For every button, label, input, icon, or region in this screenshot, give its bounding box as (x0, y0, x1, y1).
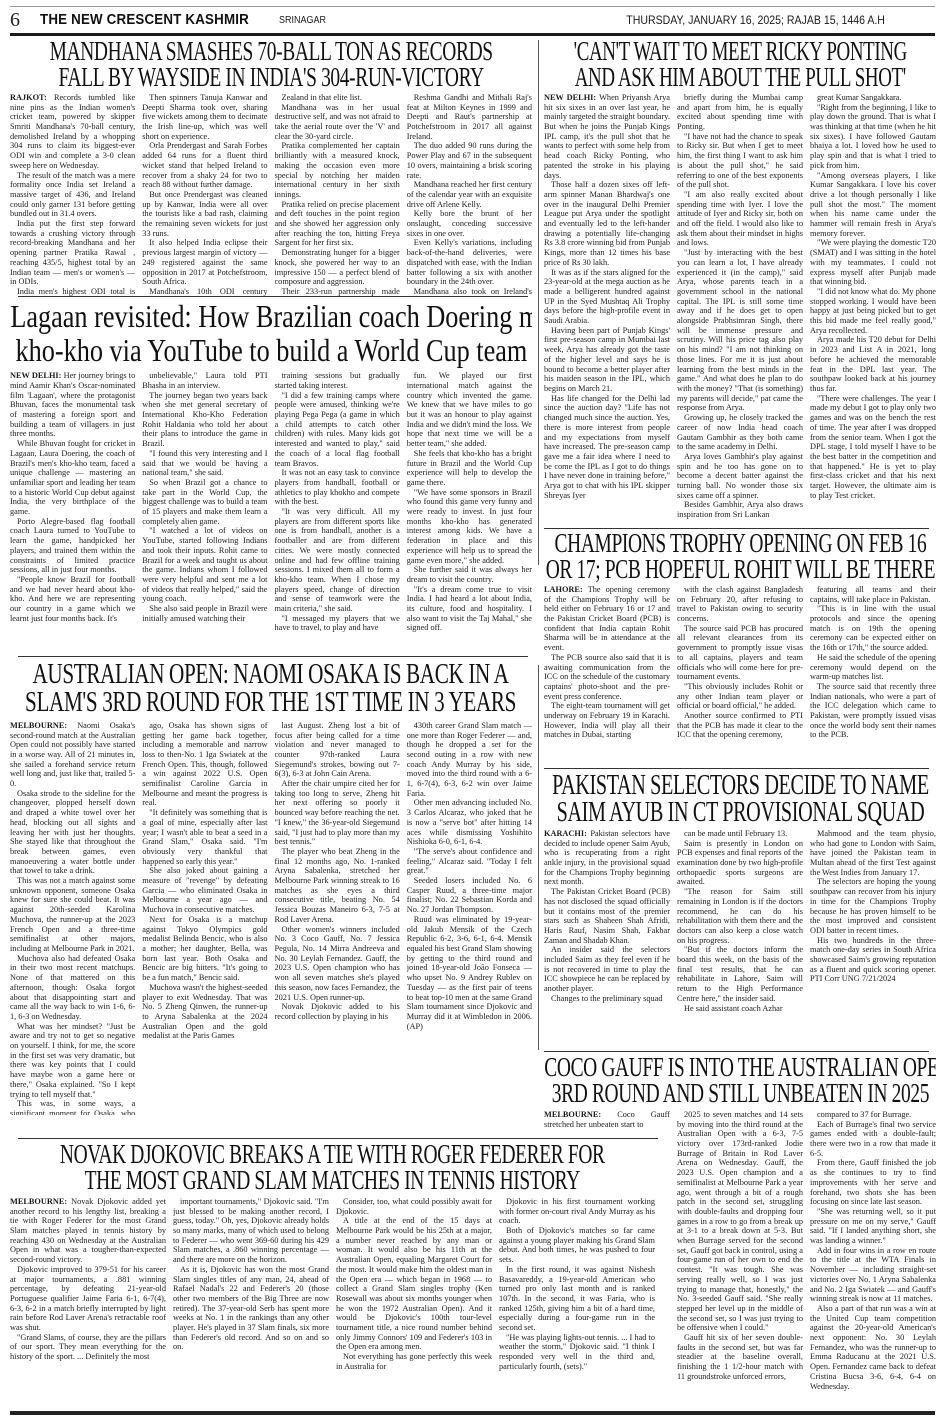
paragraph: Add in four wins in a row en route to th… (810, 1246, 936, 1304)
paragraph: "I messaged my players that we have to t… (275, 614, 400, 633)
article-column: compared to 37 for Burrage.Each of Burra… (810, 1110, 936, 1391)
paragraph: She also joked about gaining a measure o… (142, 866, 267, 915)
paragraph: India men's highest ODI total is 418/5 m… (10, 287, 135, 296)
paragraph: "There were challenges. The year I made … (810, 394, 936, 501)
paragraph: She feels that kho-kho has a bright futu… (407, 449, 532, 488)
article-body: NEW DELHI: When Priyansh Arya hit six si… (544, 93, 936, 520)
paragraph: Djokovic in his first tournament working… (499, 1197, 655, 1226)
paragraph: Next for Osaka is a matchup against Toky… (142, 915, 267, 983)
headline: COCO GAUFF IS INTO THE AUSTRALIAN OPEN'S… (544, 1054, 936, 1107)
masthead-rule (10, 33, 935, 36)
page-number: 6 (10, 9, 32, 32)
paragraph: "He was playing lights-out tennis. ... I… (499, 1333, 655, 1372)
paragraph: Demonstrating hunger for a bigger knock,… (275, 248, 400, 287)
paragraph: But once Prendergast was cleaned up by K… (142, 190, 267, 239)
paragraph: The Pakistan Cricket Board (PCB) has not… (544, 887, 670, 945)
paragraph: "I watched a lot of videos on YouTube, s… (142, 526, 267, 604)
paragraph: Mandhana's 10th ODI century came off jus… (142, 287, 267, 296)
section-rule (544, 1051, 929, 1052)
paragraph: Consider, too, what could possibly await… (336, 1197, 492, 1216)
paragraph: This was not a match against some unknow… (10, 876, 135, 954)
paragraph: From there, Gauff finished the job as sh… (810, 1158, 936, 1207)
paragraph: Changes to the preliminary squad (544, 994, 670, 1004)
section-rule (18, 1138, 658, 1139)
article-body: MELBOURNE: Novak Djokovic added yet anot… (10, 1197, 655, 1372)
paragraph: An insider said the selectors included S… (544, 945, 670, 994)
article-column: with the clash against Bangladesh on Feb… (677, 585, 803, 740)
paragraph: "The reason for Saim still remaining in … (677, 887, 803, 945)
paragraph: Other women's winners included No. 3 Coc… (275, 925, 400, 1003)
paragraph: "Just by interacting with the best you c… (677, 248, 803, 413)
article-arya: 'CAN'T WAIT TO MEET RICKY PONTING AND AS… (544, 38, 936, 525)
paragraph: "It's a dream come true to visit India. … (407, 585, 532, 634)
paragraph: The player who beat Zheng in the final 1… (275, 847, 400, 925)
paragraph: "But if the doctors inform the board thi… (677, 945, 803, 1003)
headline: PAKISTAN SELECTORS DECIDE TO NAME SAIM A… (544, 772, 936, 827)
article-body: KARACHI: Pakistan selectors have decided… (544, 829, 936, 1013)
paragraph: "I am also really excited about spending… (677, 190, 803, 248)
column-divider (538, 665, 539, 1050)
masthead: 6 THE NEW CRESCENT KASHMIR SRINAGAR THUR… (10, 8, 935, 32)
paragraph: Having been part of Punjab Kings' first … (544, 326, 670, 394)
paragraph: The duo added 90 runs during the Power P… (407, 141, 532, 180)
headline: MANDHANA SMASHES 70-BALL TON AS RECORDS … (12, 38, 531, 91)
article-osaka: AUSTRALIAN OPEN: NAOMI OSAKA IS BACK IN … (10, 660, 532, 1115)
paragraph: Djokovic improved to 379-51 for his care… (10, 1265, 166, 1333)
paragraph: Mandhana reached her first century of th… (407, 180, 532, 209)
article-column: MELBOURNE: Novak Djokovic added yet anot… (10, 1197, 166, 1372)
paragraph: "I found this very interesting and I sai… (142, 449, 267, 478)
article-column: NEW DELHI: When Priyansh Arya hit six si… (544, 93, 670, 520)
article-body: MELBOURNE: Naomi Osaka's second-round ma… (10, 721, 532, 1115)
paragraph: Each of Burrage's final two service game… (810, 1120, 936, 1159)
article-column: 430th career Grand Slam match — one more… (407, 721, 532, 1115)
article-column: important tournaments," Djokovic said. "… (173, 1197, 329, 1372)
paragraph: Both of Djokovic's matches so far came a… (499, 1226, 655, 1265)
paragraph: A title at the end of the 15 days at Mel… (336, 1216, 492, 1352)
article-column: Mahmood and the team physio, who had gon… (810, 829, 936, 1013)
paragraph: ago, Osaka has shown signs of getting he… (142, 721, 267, 808)
paragraph: Osaka strode to the sideline for the cha… (10, 789, 135, 876)
article-column: Consider, too, what could possibly await… (336, 1197, 492, 1372)
dateline: LAHORE: (544, 585, 588, 594)
paragraph: compared to 37 for Burrage. (810, 1110, 936, 1120)
paragraph: Pratika complemented her captain brillia… (275, 141, 400, 199)
column-divider (538, 40, 539, 565)
paragraph: Zealand in that elite list. (275, 93, 400, 103)
paragraph: NEW DELHI: Her journey brings to mind Aa… (10, 371, 135, 439)
footer-rule (10, 1411, 935, 1415)
section-rule (544, 528, 929, 529)
paragraph: "She was returning well, so it put press… (810, 1207, 936, 1246)
paragraph: LAHORE: The opening ceremony of the Cham… (544, 585, 670, 653)
section-rule (18, 656, 528, 657)
headline: Lagaan revisited: How Brazilian coach Do… (10, 300, 532, 367)
paragraph: "It was very difficult. All my players a… (275, 507, 400, 614)
paragraph: "Grand Slams, of course, they are the pi… (10, 1333, 166, 1362)
paragraph: It was as if the stars aligned for the 2… (544, 268, 670, 326)
paragraph: The selectors are hoping the young south… (810, 877, 936, 935)
paragraph: She further said it was always her dream… (407, 565, 532, 584)
article-column: great Kumar Sangakkara."Right from the b… (810, 93, 936, 520)
paragraph: "I did not know what do. My phone stoppe… (810, 287, 936, 336)
paragraph: This was, in some ways, a significant mo… (10, 1099, 135, 1115)
paragraph: "I have not had the chance to speak to R… (677, 132, 803, 190)
paragraph: The PCB source also said that it is awai… (544, 653, 670, 702)
paragraph: 430th career Grand Slam match — one more… (407, 721, 532, 799)
article-column: Djokovic in his first tournament working… (499, 1197, 655, 1372)
paragraph: It also helped India eclipse their previ… (142, 238, 267, 287)
paragraph: great Kumar Sangakkara. (810, 93, 936, 103)
article-column: MELBOURNE: Naomi Osaka's second-round ma… (10, 721, 135, 1115)
paragraph: Growing up, he closely tracked the caree… (677, 413, 803, 452)
article-column: Reshma Gandhi and Mithali Raj's feat at … (407, 93, 532, 296)
paragraph: Muchova wasn't the highest-seeded player… (142, 983, 267, 1041)
newspaper-name: THE NEW CRESCENT KASHMIR (40, 12, 249, 28)
paragraph: important tournaments," Djokovic said. "… (173, 1197, 329, 1265)
paragraph: 2025 to seven matches and 14 sets by mov… (677, 1110, 803, 1333)
article-column: NEW DELHI: Her journey brings to mind Aa… (10, 371, 135, 633)
paragraph: "I did a few training camps where people… (275, 391, 400, 469)
headline: CHAMPIONS TROPHY OPENING ON FEB 16 OR 17… (544, 530, 936, 583)
paragraph: "This obviously includes Rohit or any ot… (677, 682, 803, 711)
paragraph: Arya made his T20 debut for Delhi in 202… (810, 335, 936, 393)
article-column: Zealand in that elite list.Mandhana was … (275, 93, 400, 296)
paragraph: Orla Prendergast and Sarah Forbes added … (142, 141, 267, 190)
paragraph: Also a part of that run was a win at the… (810, 1304, 936, 1391)
paragraph: Not everything has gone perfectly this w… (336, 1352, 492, 1371)
paragraph: "We were playing the domestic T20 (SMAT)… (810, 238, 936, 287)
paragraph: So when Brazil got a chance to take part… (142, 478, 267, 527)
paragraph: "The serve's about confidence and feelin… (407, 847, 532, 876)
paragraph: can be made until February 13. (677, 829, 803, 839)
paragraph: Arya loves Gambhir's play against spin a… (677, 452, 803, 501)
article-body: RAJKOT: Records tumbled like nine pins a… (10, 93, 532, 296)
paragraph: The source said PCB has procured all rel… (677, 624, 803, 682)
paragraph: with the clash against Bangladesh on Feb… (677, 585, 803, 624)
paragraph: He said assistant coach Azhar (677, 1004, 803, 1014)
article-column: training sessions but gradually started … (275, 371, 400, 633)
paragraph: training sessions but gradually started … (275, 371, 400, 390)
paragraph: Muchova also had defeated Osaka in their… (10, 954, 135, 1022)
paragraph: While Bhuvan fought for cricket in Lagaa… (10, 439, 135, 517)
headline: AUSTRALIAN OPEN: NAOMI OSAKA IS BACK IN … (10, 660, 532, 717)
article-djokovic: NOVAK DJOKOVIC BREAKS A TIE WITH ROGER F… (10, 1141, 655, 1411)
paragraph: He said the schedule of the opening cere… (810, 653, 936, 682)
paragraph: Porto Alegre-based flag football coach L… (10, 517, 135, 575)
issue-date: THURSDAY, JANUARY 16, 2025; RAJAB 15, 14… (626, 13, 885, 27)
article-column: LAHORE: The opening ceremony of the Cham… (544, 585, 670, 740)
paragraph: "Right from the beginning, I like to pla… (810, 103, 936, 171)
paragraph: NEW DELHI: When Priyansh Arya hit six si… (544, 93, 670, 180)
article-column: 2025 to seven matches and 14 sets by mov… (677, 1110, 803, 1391)
paragraph: "It definitely was something that is a g… (142, 808, 267, 866)
paragraph: The source said that recently three Indi… (810, 682, 936, 740)
article-column: unbelievable," Laura told PTI Bhasha in … (142, 371, 267, 633)
section-rule (544, 768, 929, 769)
paragraph: His two hundreds in the three-match one-… (810, 936, 936, 985)
paragraph: MELBOURNE: Coco Gauff stretched her unbe… (544, 1110, 670, 1129)
top-rule (10, 6, 935, 7)
article-lagaan: Lagaan revisited: How Brazilian coach Do… (10, 300, 532, 655)
paragraph: RAJKOT: Records tumbled like nine pins a… (10, 93, 135, 171)
paragraph: In the first round, it was against Nishe… (499, 1265, 655, 1333)
paragraph: Saim is presently in London on PCB expen… (677, 839, 803, 888)
headline: 'CAN'T WAIT TO MEET RICKY PONTING AND AS… (544, 38, 936, 91)
article-column: KARACHI: Pakistan selectors have decided… (544, 829, 670, 1013)
article-column: RAJKOT: Records tumbled like nine pins a… (10, 93, 135, 296)
paragraph: Besides Gambhir, Arya also draws inspira… (677, 500, 803, 519)
paragraph: Other men advancing included No. 3 Carlo… (407, 798, 532, 847)
paragraph: Mandhana was in her usual destructive se… (275, 103, 400, 142)
paragraph: Another source confirmed to PTI that the… (677, 711, 803, 740)
paragraph: Novak Djokovic added to his record colle… (275, 1002, 400, 1021)
paragraph: "Among overseas players, I like Kumar Sa… (810, 171, 936, 239)
article-column: briefly during the Mumbai camp and apart… (677, 93, 803, 520)
paragraph: Mahmood and the team physio, who had gon… (810, 829, 936, 878)
paragraph: MELBOURNE: Novak Djokovic added yet anot… (10, 1197, 166, 1265)
paragraph: Pratika relied on precise placement and … (275, 200, 400, 249)
paragraph: She also said people in Brazil were init… (142, 604, 267, 623)
paragraph: last August. Zheng lost a bit of focus a… (275, 721, 400, 779)
paragraph: It was not an easy task to convince play… (275, 468, 400, 507)
paragraph: fun. We played our first international m… (407, 371, 532, 449)
paragraph: The eight-team tournament will get under… (544, 701, 670, 740)
paragraph: As it is, Djokovic has won the most Gran… (173, 1265, 329, 1352)
paragraph: Has life changed for the Delhi lad since… (544, 394, 670, 501)
paragraph: KARACHI: Pakistan selectors have decided… (544, 829, 670, 887)
city-label: SRINAGAR (279, 15, 326, 26)
article-mandhana: MANDHANA SMASHES 70-BALL TON AS RECORDS … (10, 38, 532, 296)
article-column: can be made until February 13.Saim is pr… (677, 829, 803, 1013)
dateline: KARACHI: (544, 829, 590, 838)
dateline: MELBOURNE: (544, 1110, 617, 1119)
paragraph: Ruud was eliminated by 19-year-old Jakub… (407, 915, 532, 1031)
paragraph: unbelievable," Laura told PTI Bhasha in … (142, 371, 267, 390)
article-saim-ayub: PAKISTAN SELECTORS DECIDE TO NAME SAIM A… (544, 772, 936, 1050)
paragraph: featuring all teams and their captains, … (810, 585, 936, 604)
paragraph: India put the first step forward towards… (10, 219, 135, 287)
paragraph: "This is in line with the usual protocol… (810, 604, 936, 653)
paragraph: Then spinners Tanuja Kanwar and Deepti S… (142, 93, 267, 142)
paragraph: Their 233-run partnership made them only… (275, 287, 400, 296)
article-champions-trophy: CHAMPIONS TROPHY OPENING ON FEB 16 OR 17… (544, 530, 936, 767)
paragraph: Reshma Gandhi and Mithali Raj's feat at … (407, 93, 532, 142)
paragraph: "We have some sponsors in Brazil who fou… (407, 488, 532, 566)
dateline: RAJKOT: (10, 93, 54, 102)
article-body: NEW DELHI: Her journey brings to mind Aa… (10, 371, 532, 633)
dateline: NEW DELHI: (10, 371, 64, 380)
article-column: last August. Zheng lost a bit of focus a… (275, 721, 400, 1115)
headline: NOVAK DJOKOVIC BREAKS A TIE WITH ROGER F… (10, 1141, 655, 1194)
paragraph: After the chair umpire cited her for tak… (275, 779, 400, 847)
paragraph: Kelly bore the brunt of her onslaught, c… (407, 209, 532, 238)
dateline: NEW DELHI: (544, 93, 599, 102)
paragraph: The journey began two years back when sh… (142, 391, 267, 449)
paragraph: Even Kelly's variations, including back-… (407, 238, 532, 287)
article-column: featuring all teams and their captains, … (810, 585, 936, 740)
section-rule (18, 296, 528, 297)
paragraph: Mandhana also took on Ireland's leading … (407, 287, 532, 296)
article-column: fun. We played our first international m… (407, 371, 532, 633)
paragraph: Gauff hit six of her seven double-faults… (677, 1333, 803, 1382)
dateline: MELBOURNE: (10, 721, 77, 730)
article-column: Then spinners Tanuja Kanwar and Deepti S… (142, 93, 267, 296)
paragraph: Seeded losers included No. 6 Casper Ruud… (407, 876, 532, 915)
article-body: LAHORE: The opening ceremony of the Cham… (544, 585, 936, 740)
paragraph: briefly during the Mumbai camp and apart… (677, 93, 803, 132)
paragraph: What was her mindset? "Just be aware and… (10, 1022, 135, 1100)
paragraph: "People know Brazil for football and we … (10, 575, 135, 624)
article-column: ago, Osaka has shown signs of getting he… (142, 721, 267, 1115)
paragraph: MELBOURNE: Naomi Osaka's second-round ma… (10, 721, 135, 789)
dateline: MELBOURNE: (10, 1197, 71, 1206)
paragraph: Those half a dozen sixes off left-arm sp… (544, 180, 670, 267)
paragraph: The result of the match was a mere forma… (10, 171, 135, 220)
